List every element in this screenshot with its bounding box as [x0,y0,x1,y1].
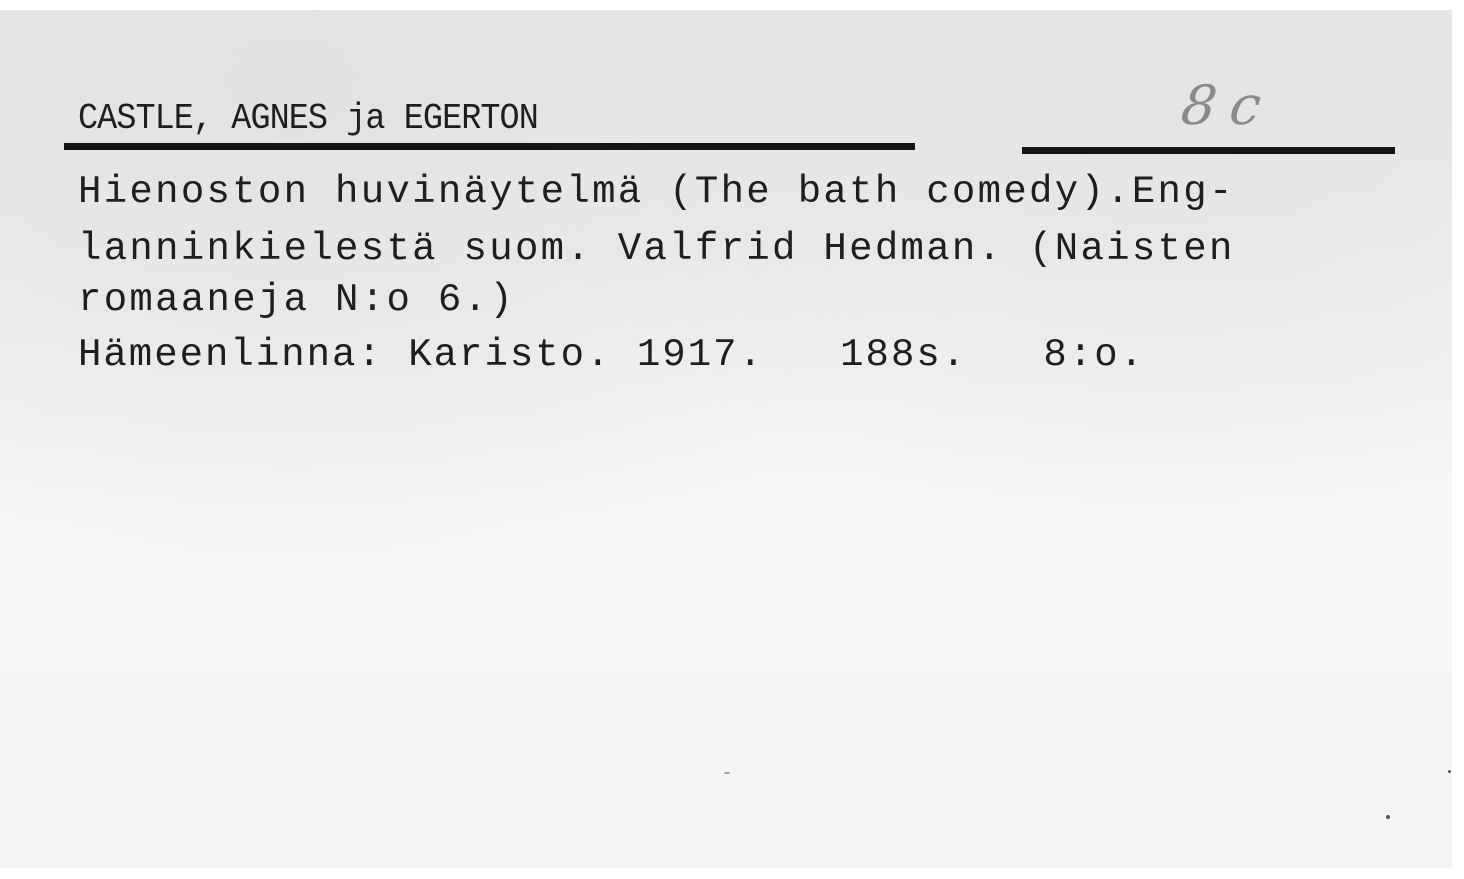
paper-speck [1448,770,1451,773]
paper-speck [724,772,730,774]
paper-speck [1386,815,1390,819]
imprint-place-publisher: Hämeenlinna: Karisto. [78,333,611,377]
imprint-format: 8:o. [1043,333,1145,377]
imprint-line: Hämeenlinna: Karisto. 1917. 188s. 8:o. [78,333,1145,377]
shelf-mark: 8c [1178,74,1279,137]
title-line-2: lanninkielestä suom. Valfrid Hedman. (Na… [78,227,1235,271]
shelf-mark-underline [1022,147,1395,154]
imprint-pages: 188s. [840,333,967,377]
imprint-year: 1917. [637,333,764,377]
card-heading-author: CASTLE, AGNES ja EGERTON [78,98,538,139]
heading-underline [64,143,915,150]
title-line-1: Hienoston huvinäytelmä (The bath comedy)… [78,170,1235,214]
title-line-3: romaaneja N:o 6.) [78,278,515,322]
catalog-card: CASTLE, AGNES ja EGERTON 8c Hienoston hu… [0,10,1452,868]
